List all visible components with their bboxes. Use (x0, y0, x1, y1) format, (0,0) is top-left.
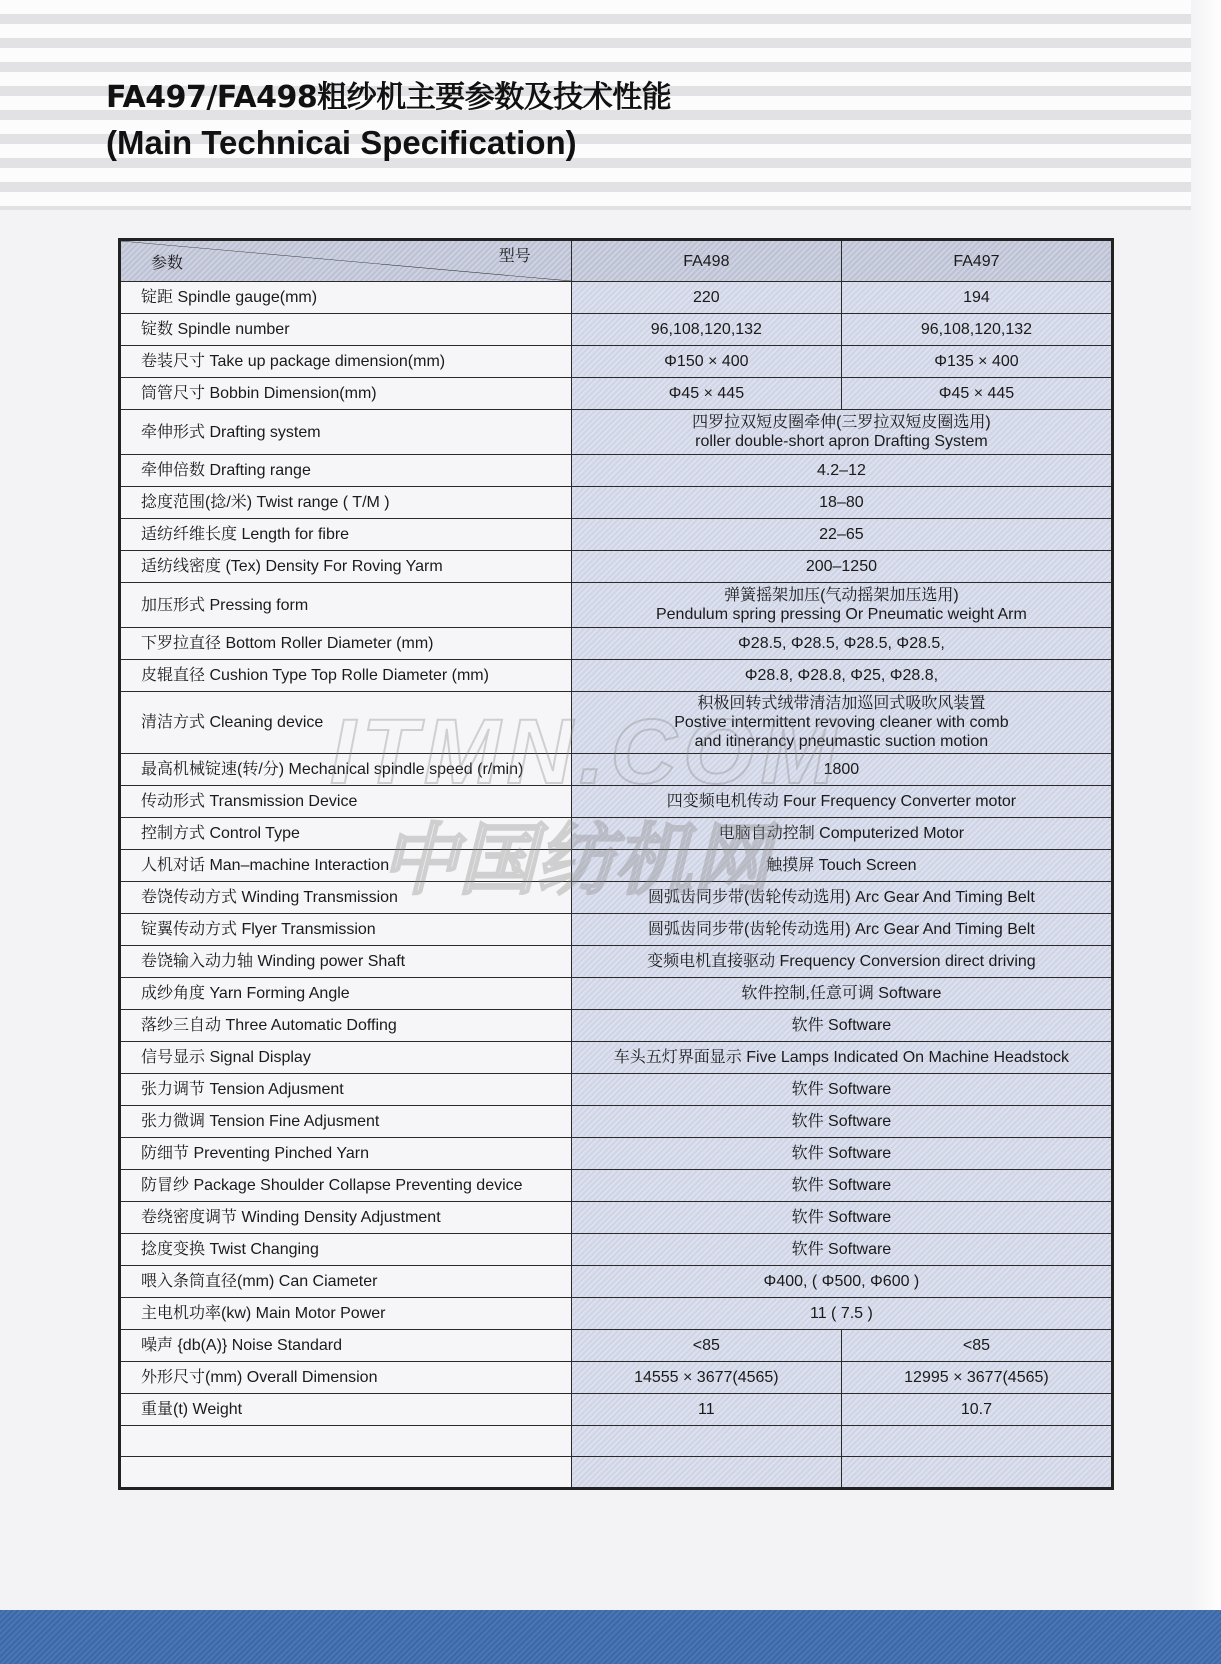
table-row: 喂入条筒直径(mm) Can CiameterΦ400, ( Φ500, Φ60… (120, 1266, 1113, 1298)
empty-cell (571, 1426, 841, 1457)
value-cell-fa498: Φ150 × 400 (571, 346, 841, 378)
table-row: 卷饶输入动力轴 Winding power Shaft变频电机直接驱动 Freq… (120, 946, 1113, 978)
table-row: 牵伸形式 Drafting system四罗拉双短皮圈牵伸(三罗拉双短皮圈选用)… (120, 410, 1113, 455)
value-cell-fa498: 220 (571, 282, 841, 314)
value-cell-shared: 积极回转式绒带清洁加巡回式吸吹风装置Postive intermittent r… (571, 692, 1112, 754)
value-cell-shared: 弹簧摇架加压(气动摇架加压选用)Pendulum spring pressing… (571, 583, 1112, 628)
value-cell-shared: 软件 Software (571, 1234, 1112, 1266)
parameter-cell: 信号显示 Signal Display (120, 1042, 572, 1074)
table-row: 适纺纤维长度 Length for fibre22–65 (120, 519, 1113, 551)
parameter-cell: 防细节 Preventing Pinched Yarn (120, 1138, 572, 1170)
parameter-cell: 锭翼传动方式 Flyer Transmission (120, 914, 572, 946)
value-cell-shared: 触摸屏 Touch Screen (571, 850, 1112, 882)
value-cell-fa497: <85 (841, 1330, 1112, 1362)
empty-cell (120, 1426, 572, 1457)
page-title-english: (Main Technicai Specification) (106, 124, 577, 162)
table-row: 牵伸倍数 Drafting range4.2–12 (120, 455, 1113, 487)
value-cell-shared: Φ28.5, Φ28.5, Φ28.5, Φ28.5, (571, 628, 1112, 660)
value-line: 积极回转式绒带清洁加巡回式吸吹风装置 (572, 694, 1111, 713)
table-row: 适纺线密度 (Tex) Density For Roving Yarm200–1… (120, 551, 1113, 583)
value-cell-shared: 软件 Software (571, 1106, 1112, 1138)
parameter-cell: 卷绕密度调节 Winding Density Adjustment (120, 1202, 572, 1234)
table-body: 锭距 Spindle gauge(mm)220194锭数 Spindle num… (120, 282, 1113, 1489)
table-row: 筒管尺寸 Bobbin Dimension(mm)Φ45 × 445Φ45 × … (120, 378, 1113, 410)
value-cell-shared: 变频电机直接驱动 Frequency Conversion direct dri… (571, 946, 1112, 978)
value-line: 弹簧摇架加压(气动摇架加压选用) (572, 586, 1111, 605)
table-row: 信号显示 Signal Display车头五灯界面显示 Five Lamps I… (120, 1042, 1113, 1074)
value-cell-fa497: 194 (841, 282, 1112, 314)
table-row: 成纱角度 Yarn Forming Angle软件控制,任意可调 Softwar… (120, 978, 1113, 1010)
value-cell-shared: Φ400, ( Φ500, Φ600 ) (571, 1266, 1112, 1298)
parameter-cell: 成纱角度 Yarn Forming Angle (120, 978, 572, 1010)
parameter-cell: 捻度变换 Twist Changing (120, 1234, 572, 1266)
parameter-cell: 噪声 {db(A)} Noise Standard (120, 1330, 572, 1362)
table-row: 外形尺寸(mm) Overall Dimension14555 × 3677(4… (120, 1362, 1113, 1394)
parameter-cell: 皮辊直径 Cushion Type Top Rolle Diameter (mm… (120, 660, 572, 692)
parameter-cell: 卷饶传动方式 Winding Transmission (120, 882, 572, 914)
value-cell-fa498: 14555 × 3677(4565) (571, 1362, 841, 1394)
value-cell-shared: 软件 Software (571, 1202, 1112, 1234)
corner-header-cell: 参数 型号 (120, 240, 572, 282)
value-cell-shared: Φ28.8, Φ28.8, Φ25, Φ28.8, (571, 660, 1112, 692)
value-cell-shared: 车头五灯界面显示 Five Lamps Indicated On Machine… (571, 1042, 1112, 1074)
table-row: 捻度范围(捻/米) Twist range ( T/M )18–80 (120, 487, 1113, 519)
empty-cell (120, 1457, 572, 1489)
table-row: 卷绕密度调节 Winding Density Adjustment软件 Soft… (120, 1202, 1113, 1234)
table-row: 卷装尺寸 Take up package dimension(mm)Φ150 ×… (120, 346, 1113, 378)
value-cell-shared: 18–80 (571, 487, 1112, 519)
parameter-cell: 加压形式 Pressing form (120, 583, 572, 628)
page-edge (1191, 0, 1221, 1664)
empty-cell (841, 1426, 1112, 1457)
parameter-cell: 卷饶输入动力轴 Winding power Shaft (120, 946, 572, 978)
empty-cell (841, 1457, 1112, 1489)
table-row: 下罗拉直径 Bottom Roller Diameter (mm)Φ28.5, … (120, 628, 1113, 660)
table-row: 防细节 Preventing Pinched Yarn软件 Software (120, 1138, 1113, 1170)
parameter-cell: 传动形式 Transmission Device (120, 786, 572, 818)
table-row: 落纱三自动 Three Automatic Doffing软件 Software (120, 1010, 1113, 1042)
value-cell-shared: 软件 Software (571, 1170, 1112, 1202)
value-cell-shared: 200–1250 (571, 551, 1112, 583)
value-cell-fa498: 11 (571, 1394, 841, 1426)
table-row: 主电机功率(kw) Main Motor Power11 ( 7.5 ) (120, 1298, 1113, 1330)
model-header-fa498: FA498 (571, 240, 841, 282)
parameter-cell: 卷装尺寸 Take up package dimension(mm) (120, 346, 572, 378)
table-row: 控制方式 Control Type电脑自动控制 Computerized Mot… (120, 818, 1113, 850)
value-cell-shared: 软件 Software (571, 1138, 1112, 1170)
table-row: 张力调节 Tension Adjusment软件 Software (120, 1074, 1113, 1106)
empty-cell (571, 1457, 841, 1489)
value-cell-shared: 软件 Software (571, 1010, 1112, 1042)
table-row: 清洁方式 Cleaning device积极回转式绒带清洁加巡回式吸吹风装置Po… (120, 692, 1113, 754)
parameter-cell: 筒管尺寸 Bobbin Dimension(mm) (120, 378, 572, 410)
table-row: 防冒纱 Package Shoulder Collapse Preventing… (120, 1170, 1113, 1202)
parameter-cell: 最高机械锭速(转/分) Mechanical spindle speed (r/… (120, 754, 572, 786)
table-row: 锭数 Spindle number96,108,120,13296,108,12… (120, 314, 1113, 346)
parameter-cell: 外形尺寸(mm) Overall Dimension (120, 1362, 572, 1394)
parameter-cell: 防冒纱 Package Shoulder Collapse Preventing… (120, 1170, 572, 1202)
table-row: 噪声 {db(A)} Noise Standard<85<85 (120, 1330, 1113, 1362)
table-row: 人机对话 Man–machine Interaction触摸屏 Touch Sc… (120, 850, 1113, 882)
footer-band (0, 1610, 1221, 1664)
table-header-row: 参数 型号 FA498 FA497 (120, 240, 1113, 282)
value-line: 四罗拉双短皮圈牵伸(三罗拉双短皮圈选用) (572, 413, 1111, 432)
value-cell-fa497: 96,108,120,132 (841, 314, 1112, 346)
page-title-chinese: FA497/FA498粗纱机主要参数及技术性能 (106, 72, 671, 116)
table-row: 卷饶传动方式 Winding Transmission圆弧齿同步带(齿轮传动选用… (120, 882, 1113, 914)
parameter-column-label: 参数 (151, 254, 183, 273)
parameter-cell: 牵伸倍数 Drafting range (120, 455, 572, 487)
parameter-cell: 人机对话 Man–machine Interaction (120, 850, 572, 882)
value-cell-shared: 软件 Software (571, 1074, 1112, 1106)
value-line: Pendulum spring pressing Or Pneumatic we… (572, 605, 1111, 624)
parameter-cell: 下罗拉直径 Bottom Roller Diameter (mm) (120, 628, 572, 660)
empty-row (120, 1426, 1113, 1457)
table-row: 张力微调 Tension Fine Adjusment软件 Software (120, 1106, 1113, 1138)
empty-row (120, 1457, 1113, 1489)
table-row: 重量(t) Weight1110.7 (120, 1394, 1113, 1426)
value-cell-fa498: <85 (571, 1330, 841, 1362)
value-cell-fa497: 10.7 (841, 1394, 1112, 1426)
specification-table: 参数 型号 FA498 FA497 锭距 Spindle gauge(mm)22… (118, 238, 1114, 1490)
value-cell-fa498: 96,108,120,132 (571, 314, 841, 346)
value-line: and itinerancy pneumastic suction motion (572, 732, 1111, 751)
parameter-cell: 牵伸形式 Drafting system (120, 410, 572, 455)
table-row: 捻度变换 Twist Changing软件 Software (120, 1234, 1113, 1266)
value-cell-fa498: Φ45 × 445 (571, 378, 841, 410)
model-header-fa497: FA497 (841, 240, 1112, 282)
value-cell-shared: 11 ( 7.5 ) (571, 1298, 1112, 1330)
value-cell-shared: 四罗拉双短皮圈牵伸(三罗拉双短皮圈选用)roller double-short … (571, 410, 1112, 455)
value-cell-shared: 22–65 (571, 519, 1112, 551)
value-cell-fa497: 12995 × 3677(4565) (841, 1362, 1112, 1394)
value-cell-shared: 圆弧齿同步带(齿轮传动选用) Arc Gear And Timing Belt (571, 914, 1112, 946)
parameter-cell: 重量(t) Weight (120, 1394, 572, 1426)
model-row-label: 型号 (499, 247, 531, 266)
parameter-cell: 主电机功率(kw) Main Motor Power (120, 1298, 572, 1330)
parameter-cell: 落纱三自动 Three Automatic Doffing (120, 1010, 572, 1042)
parameter-cell: 清洁方式 Cleaning device (120, 692, 572, 754)
value-cell-shared: 圆弧齿同步带(齿轮传动选用) Arc Gear And Timing Belt (571, 882, 1112, 914)
value-cell-fa497: Φ135 × 400 (841, 346, 1112, 378)
table-row: 锭距 Spindle gauge(mm)220194 (120, 282, 1113, 314)
value-cell-shared: 软件控制,任意可调 Software (571, 978, 1112, 1010)
table-row: 皮辊直径 Cushion Type Top Rolle Diameter (mm… (120, 660, 1113, 692)
table-row: 加压形式 Pressing form弹簧摇架加压(气动摇架加压选用)Pendul… (120, 583, 1113, 628)
table-row: 最高机械锭速(转/分) Mechanical spindle speed (r/… (120, 754, 1113, 786)
parameter-cell: 张力微调 Tension Fine Adjusment (120, 1106, 572, 1138)
value-cell-shared: 电脑自动控制 Computerized Motor (571, 818, 1112, 850)
parameter-cell: 控制方式 Control Type (120, 818, 572, 850)
parameter-cell: 锭距 Spindle gauge(mm) (120, 282, 572, 314)
parameter-cell: 张力调节 Tension Adjusment (120, 1074, 572, 1106)
table-row: 锭翼传动方式 Flyer Transmission圆弧齿同步带(齿轮传动选用) … (120, 914, 1113, 946)
table-row: 传动形式 Transmission Device四变频电机传动 Four Fre… (120, 786, 1113, 818)
parameter-cell: 捻度范围(捻/米) Twist range ( T/M ) (120, 487, 572, 519)
value-cell-fa497: Φ45 × 445 (841, 378, 1112, 410)
value-cell-shared: 四变频电机传动 Four Frequency Converter motor (571, 786, 1112, 818)
parameter-cell: 适纺纤维长度 Length for fibre (120, 519, 572, 551)
parameter-cell: 锭数 Spindle number (120, 314, 572, 346)
value-line: roller double-short apron Drafting Syste… (572, 432, 1111, 451)
value-line: Postive intermittent revoving cleaner wi… (572, 713, 1111, 732)
parameter-cell: 喂入条筒直径(mm) Can Ciameter (120, 1266, 572, 1298)
value-cell-shared: 4.2–12 (571, 455, 1112, 487)
value-cell-shared: 1800 (571, 754, 1112, 786)
parameter-cell: 适纺线密度 (Tex) Density For Roving Yarm (120, 551, 572, 583)
